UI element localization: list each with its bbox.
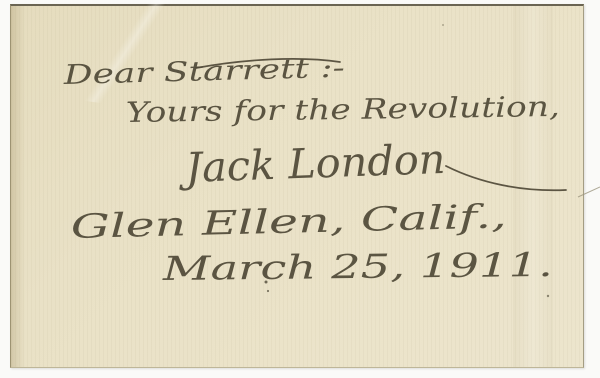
scanned-letter: Dear Starrett :- Yours for the Revolutio… — [0, 0, 600, 378]
place-line: Glen Ellen, Calif., — [70, 196, 507, 246]
ink-speck — [442, 24, 444, 26]
ink-dot — [265, 281, 268, 284]
body-line: Yours for the Revolution, — [126, 90, 560, 129]
ink-dot — [547, 295, 549, 297]
handwriting-layer: Dear Starrett :- Yours for the Revolutio… — [0, 0, 600, 378]
date-line: March 25, 1911. — [161, 245, 553, 288]
signature-flourish-stroke — [446, 166, 566, 190]
stray-pencil-mark — [578, 187, 600, 197]
signature: Jack London — [178, 135, 447, 192]
ink-dot — [267, 290, 269, 292]
